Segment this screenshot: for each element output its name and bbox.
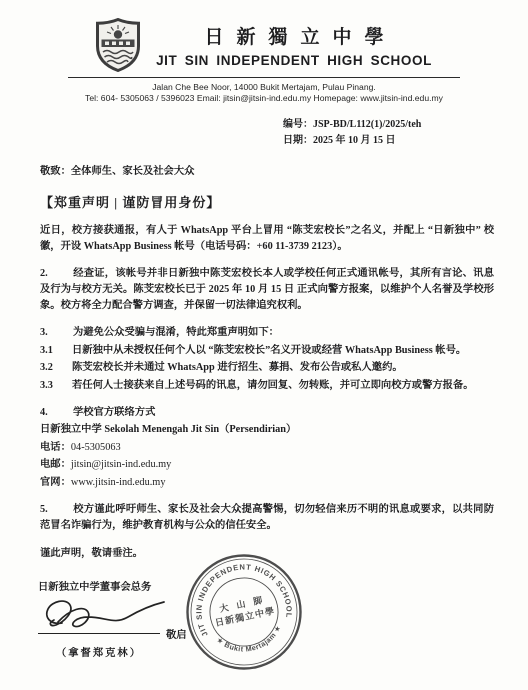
- item-number: 3.3: [40, 378, 72, 394]
- item-number: 3.2: [40, 360, 72, 376]
- date-row: 日期：2025 年 10 月 15 日: [283, 133, 473, 149]
- paragraph-5-text: 校方谨此呼吁师生、家长及社会大众提高警惕，切勿轻信来历不明的讯息或要求，以共同防…: [40, 504, 494, 531]
- email-label: 电邮：: [40, 459, 71, 470]
- paragraph-5: 5.校方谨此呼吁师生、家长及社会大众提高警惕，切勿轻信来历不明的讯息或要求，以共…: [40, 502, 494, 534]
- statement-title: 【郑重声明 | 谨防冒用身份】: [40, 193, 494, 212]
- signature-block: 日新独立中学董事会总务 敬启 （拿督郑克林）: [38, 578, 203, 659]
- official-website-line: 官网：www.jitsin-ind.edu.my: [40, 475, 494, 491]
- paragraph-3-text: 为避免公众受骗与混淆，特此郑重声明如下：: [73, 327, 279, 338]
- reference-number-row: 编号：JSP-BD/L112(1)/2025/teh: [283, 117, 473, 133]
- statement-item: 3.2陈芠宏校长并未通过 WhatsApp 进行招生、募捐、发布公告或私人邀约。: [40, 360, 494, 376]
- date-label: 日期：: [283, 135, 313, 146]
- school-address: Jalan Che Bee Noor, 14000 Bukit Mertajam…: [0, 82, 528, 93]
- recipient-line: 敬致：全体师生、家长及社会大众: [40, 164, 494, 180]
- paragraph-1: 近日，校方接获通报，有人于 WhatsApp 平台上冒用 “陈芠宏校长”之名义，…: [40, 223, 494, 255]
- signature-line: [38, 633, 160, 634]
- phone-label: 电话：: [40, 442, 71, 453]
- phone-value: 04-5305063: [71, 442, 121, 453]
- item-text: 日新独中从未授权任何个人以 “陈芠宏校长”名义开设或经营 WhatsApp Bu…: [72, 345, 466, 356]
- item-text: 若任何人士接获来自上述号码的讯息，请勿回复、勿转账，并可立即向校方或警方报备。: [72, 380, 474, 391]
- paragraph-2: 2.经查证，该帐号并非日新独中陈芠宏校长本人或学校任何正式通讯帐号，其所有言论、…: [40, 266, 494, 314]
- date-value: 2025 年 10 月 15 日: [313, 135, 396, 146]
- item-text: 陈芠宏校长并未通过 WhatsApp 进行招生、募捐、发布公告或私人邀约。: [72, 362, 403, 373]
- item-number: 3.1: [40, 343, 72, 359]
- reference-label: 编号：: [283, 119, 313, 130]
- signer-title: 日新独立中学董事会总务: [38, 578, 203, 593]
- paragraph-2-number: 2.: [40, 266, 73, 282]
- website-value: www.jitsin-ind.edu.my: [71, 477, 166, 488]
- statement-item: 3.1日新独中从未授权任何个人以 “陈芠宏校长”名义开设或经营 WhatsApp…: [40, 343, 494, 359]
- paragraph-4-title: 学校官方联络方式: [73, 407, 155, 418]
- paragraph-4: 4.学校官方联络方式: [40, 405, 494, 421]
- paragraph-3: 3.为避免公众受骗与混淆，特此郑重声明如下：: [40, 325, 494, 341]
- letter-body: 敬致：全体师生、家长及社会大众 【郑重声明 | 谨防冒用身份】 近日，校方接获通…: [40, 164, 494, 562]
- letterhead-title-row: 日新獨立中學 JIT SIN INDEPENDENT HIGH SCHOOL: [0, 18, 528, 72]
- paragraph-2-text: 经查证，该帐号并非日新独中陈芠宏校长本人或学校任何正式通讯帐号，其所有言论、讯息…: [40, 268, 494, 311]
- letterhead-titles: 日新獨立中學 JIT SIN INDEPENDENT HIGH SCHOOL: [156, 22, 432, 68]
- statement-item: 3.3若任何人士接获来自上述号码的讯息，请勿回复、勿转账，并可立即向校方或警方报…: [40, 378, 494, 394]
- letter-document: 日新獨立中學 JIT SIN INDEPENDENT HIGH SCHOOL J…: [0, 0, 528, 690]
- official-school-name-line: 日新独立中学 Sekolah Menengah Jit Sin（Persendi…: [40, 422, 494, 438]
- letterhead: 日新獨立中學 JIT SIN INDEPENDENT HIGH SCHOOL J…: [0, 0, 528, 104]
- official-email-line: 电邮：jitsin@jitsin-ind.edu.my: [40, 457, 494, 473]
- paragraph-3-number: 3.: [40, 325, 73, 341]
- school-name-english: JIT SIN INDEPENDENT HIGH SCHOOL: [156, 53, 432, 68]
- email-value: jitsin@jitsin-ind.edu.my: [71, 459, 171, 470]
- reference-block: 编号：JSP-BD/L112(1)/2025/teh 日期：2025 年 10 …: [283, 117, 473, 149]
- official-phone-line: 电话：04-5305063: [40, 440, 494, 456]
- school-crest-icon: [96, 18, 140, 72]
- paragraph-5-number: 5.: [40, 502, 73, 518]
- website-label: 官网：: [40, 477, 71, 488]
- school-contact-line: Tel: 604- 5305063 / 5396023 Email: jitsi…: [0, 93, 528, 104]
- signer-name: （拿督郑克林）: [38, 644, 160, 659]
- letterhead-divider: [68, 77, 460, 78]
- paragraph-4-number: 4.: [40, 405, 73, 421]
- reference-value: JSP-BD/L112(1)/2025/teh: [313, 119, 421, 130]
- official-stamp: JIT SIN INDEPENDENT HIGH SCHOOL ★ Bukit …: [184, 552, 304, 672]
- sun-icon: [114, 30, 122, 38]
- school-name-chinese: 日新獨立中學: [156, 22, 432, 49]
